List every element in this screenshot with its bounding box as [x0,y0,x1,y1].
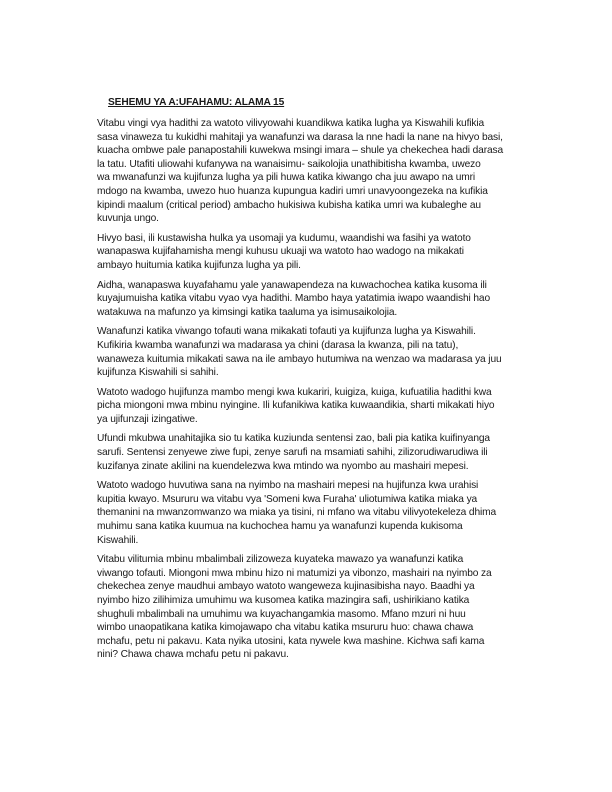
text-line: Vitabu vingi vya hadithi za watoto viliv… [97,117,534,131]
text-line: picha miongoni mwa mbinu nyingine. Ili k… [97,399,534,413]
paragraph-3: Aidha, wanapaswa kuyafahamu yale yanawap… [97,279,534,320]
paragraph-5: Watoto wadogo hujifunza mambo mengi kwa … [97,386,534,427]
text-line: wanapaswa kujifahamisha mengi kuhusu uku… [97,245,534,259]
text-line: Wanafunzi katika viwango tofauti wana mi… [97,325,534,339]
text-line: Kiswahili. [97,534,534,548]
section-heading: SEHEMU YA A:UFAHAMU: ALAMA 15 [108,96,534,109]
text-line: Watoto wadogo hujifunza mambo mengi kwa … [97,386,534,400]
text-line: kipindi maalum (critical period) ambacho… [97,199,534,213]
text-line: wimbo unaopatikana katika kimojawapo cha… [97,621,534,635]
text-line: sasa vinaweza tu kukidhi mahitaji ya wan… [97,131,534,145]
text-line: mdogo na kwamba, uwezo huo huanza kupung… [97,185,534,199]
document-body: SEHEMU YA A:UFAHAMU: ALAMA 15 Vitabu vin… [97,96,534,668]
text-line: Ufundi mkubwa unahitajika sio tu katika … [97,432,534,446]
text-line: kujifunza Kiswahili si sahihi. [97,366,534,380]
text-line: Hivyo basi, ili kustawisha hulka ya usom… [97,232,534,246]
text-line: kuacha ombwe pale panapostahili kuwekwa … [97,144,534,158]
text-line: Aidha, wanapaswa kuyafahamu yale yanawap… [97,279,534,293]
text-line: shughuli mbalimbali na umuhimu wa kuyach… [97,608,534,622]
text-line: la tatu. Utafiti uliowahi kufanywa na wa… [97,158,534,172]
text-line: Vitabu vilitumia mbinu mbalimbali zilizo… [97,553,534,567]
paragraph-1: Vitabu vingi vya hadithi za watoto viliv… [97,117,534,226]
text-line: watakuwa na mafunzo ya kimsingi katika t… [97,306,534,320]
text-line: themanini na mwanzomwanzo wa miaka ya ti… [97,506,534,520]
text-line: kuyajumuisha katika vitabu vyao vya hadi… [97,292,534,306]
text-line: muhimu sana katika kuumua na kuchochea h… [97,520,534,534]
paragraph-7: Watoto wadogo huvutiwa sana na nyimbo na… [97,479,534,547]
text-line: kupitia kwayo. Msururu wa vitabu vya 'So… [97,493,534,507]
paragraph-2: Hivyo basi, ili kustawisha hulka ya usom… [97,232,534,273]
text-line: wanaweza kuitumia mikakati sawa na ile a… [97,353,534,367]
text-line: ambayo huitumia katika kujifunza lugha y… [97,259,534,273]
text-line: nini? Chawa chawa mchafu petu ni pakavu. [97,648,534,662]
paragraph-6: Ufundi mkubwa unahitajika sio tu katika … [97,432,534,473]
text-line: sarufi. Sentensi zenyewe ziwe fupi, zeny… [97,446,534,460]
paragraph-4: Wanafunzi katika viwango tofauti wana mi… [97,325,534,379]
text-line: mchafu, petu ni pakavu. Kata nyika utosi… [97,635,534,649]
text-line: ya ujifunzaji izingatiwe. [97,413,534,427]
text-line: Watoto wadogo huvutiwa sana na nyimbo na… [97,479,534,493]
text-line: viwango tofauti. Miongoni mwa mbinu hizo… [97,567,534,581]
text-line: kuvunja ungo. [97,212,534,226]
text-line: kuzifanya zinate akilini na kuendelezwa … [97,460,534,474]
text-line: Kufikiria kwamba wanafunzi wa madarasa y… [97,339,534,353]
text-line: wa mwanafunzi wa kujifunza lugha ya pili… [97,171,534,185]
text-line: chekechea zenye maudhui ambayo watoto wa… [97,580,534,594]
document-page: SEHEMU YA A:UFAHAMU: ALAMA 15 Vitabu vin… [0,0,612,792]
text-line: nyimbo hizo zilihimiza umuhimu wa kusome… [97,594,534,608]
paragraph-8: Vitabu vilitumia mbinu mbalimbali zilizo… [97,553,534,662]
